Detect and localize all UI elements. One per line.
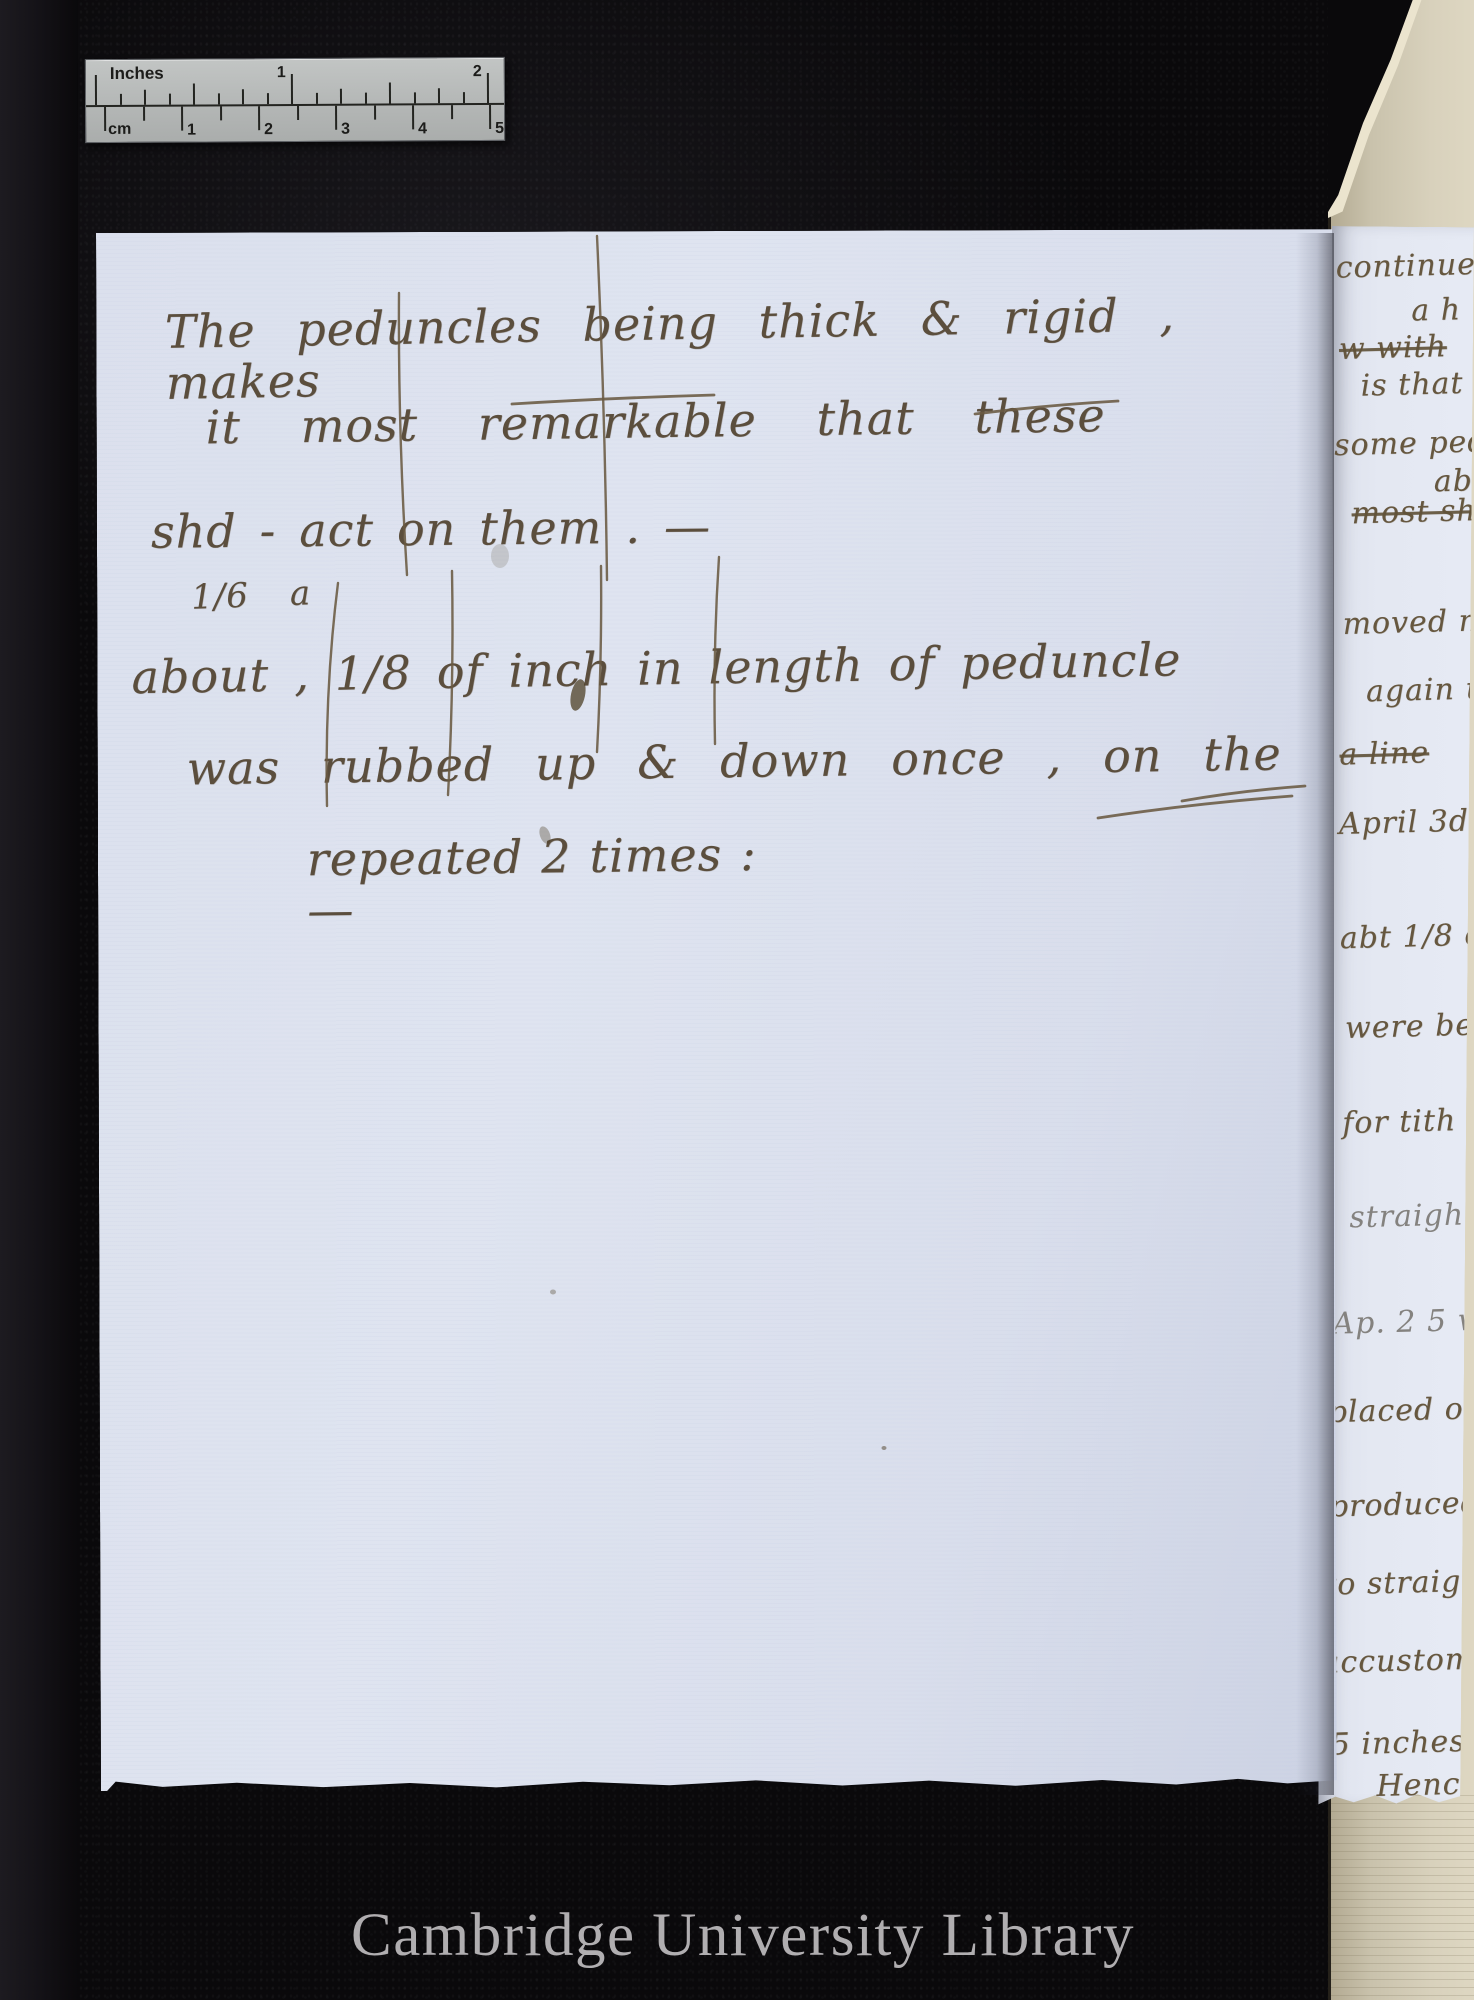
ruler-cm-tick: [412, 105, 414, 129]
ruler-inch-tick: [291, 74, 293, 104]
handwritten-fragment: April 3d. I: [1338, 803, 1474, 842]
ruler-inches-label: Inches: [110, 64, 164, 84]
handwritten-line: was rubbed up & down once , on the: [186, 729, 1282, 794]
ruler-cm-number: 1: [187, 122, 196, 140]
handwritten-line: it most remarkable that these: [205, 390, 1106, 453]
ruler-inch-tick: [242, 89, 244, 104]
ruler-cm-tick: [143, 107, 145, 121]
folded-leaf-recto: continued to moa hw withis that itsome p…: [1318, 226, 1474, 1807]
handwritten-fragment: 5 inches pro: [1330, 1722, 1474, 1762]
ruler-inch-tick: [266, 93, 268, 104]
ruler-inch-tick: [95, 75, 97, 105]
ruler-cm-number: 2: [264, 121, 273, 139]
handwritten-fragment: Ap. 2 5 w: [1332, 1303, 1474, 1342]
ruler-inch-tick: [217, 93, 219, 104]
handwritten-fragment: w with: [1338, 329, 1447, 367]
handwritten-fragment: some peduncle: [1334, 422, 1474, 463]
scale-ruler: Inches cm 1212345: [85, 57, 505, 143]
ruler-cm-tick: [451, 105, 453, 119]
ruler-inch-tick: [193, 84, 195, 105]
handwritten-line: about , 1/8 of inch in length of peduncl…: [131, 634, 1182, 703]
ruler-inch-tick: [119, 94, 121, 105]
ruler-inch-tick: [340, 89, 342, 104]
handwritten-line: 1/6 a: [190, 575, 311, 617]
ruler-inch-number: 2: [473, 63, 482, 81]
ruler-inch-tick: [462, 92, 464, 103]
ruler-cm-tick: [489, 105, 491, 129]
ruler-cm-number: 4: [418, 120, 427, 138]
manuscript-page: The peduncles being thick & rigid , make…: [96, 229, 1337, 1791]
ruler-inch-tick: [438, 88, 440, 103]
handwritten-fragment: most sh: [1351, 493, 1474, 531]
handwritten-fragment: continued to mo: [1335, 244, 1474, 286]
ruler-inch-tick: [487, 73, 489, 103]
ruler-cm-number: 5: [495, 120, 504, 138]
handwritten-fragment: produced so: [1328, 1484, 1474, 1524]
ruler-inch-tick: [389, 82, 391, 103]
ruler-inch-tick: [315, 93, 317, 104]
library-watermark: Cambridge University Library: [351, 1901, 1135, 1971]
handwritten-line: repeated 2 times : —: [306, 829, 757, 936]
ruler-cm-tick: [297, 106, 299, 120]
handwritten-fragment: accustomed t: [1321, 1640, 1474, 1681]
velvet-left-fold: [0, 0, 78, 2000]
handwritten-fragment: for tith: [1342, 1103, 1457, 1141]
fold-crease-shadow: [1296, 233, 1334, 1795]
ruler-inch-number: 1: [277, 64, 286, 82]
handwritten-fragment: to straighten: [1324, 1562, 1474, 1602]
ruler-cm-tick: [335, 106, 337, 130]
ruler-cm-number: 3: [341, 121, 350, 139]
handwritten-fragment: again u: [1366, 671, 1474, 709]
handwritten-fragment: a h: [1411, 292, 1462, 328]
ruler-divider-line: [86, 103, 504, 107]
ruler-inch-tick: [168, 94, 170, 105]
ruler-cm-tick: [374, 106, 376, 120]
ruler-cm-tick: [181, 107, 183, 131]
handwritten-fragment: straight: [1349, 1197, 1474, 1235]
ruler-cm-tick: [104, 107, 106, 131]
handwritten-fragment: placed on t: [1327, 1390, 1474, 1430]
handwritten-line: shd - act on them . —: [151, 501, 711, 557]
handwritten-fragment: moved mo: [1342, 603, 1474, 642]
handwritten-fragment: a line: [1339, 735, 1430, 772]
handwritten-fragment: abt 1/8 of c: [1339, 916, 1474, 956]
handwritten-fragment: were bent: [1345, 1007, 1474, 1046]
ruler-inch-tick: [413, 92, 415, 103]
ruler-cm-tick: [258, 106, 260, 130]
handwritten-fragment: is that it: [1360, 365, 1474, 404]
ruler-cm-label: cm: [108, 121, 131, 139]
ruler-inch-tick: [364, 93, 366, 104]
ruler-cm-tick: [220, 106, 222, 120]
ruler-inch-tick: [144, 90, 146, 105]
